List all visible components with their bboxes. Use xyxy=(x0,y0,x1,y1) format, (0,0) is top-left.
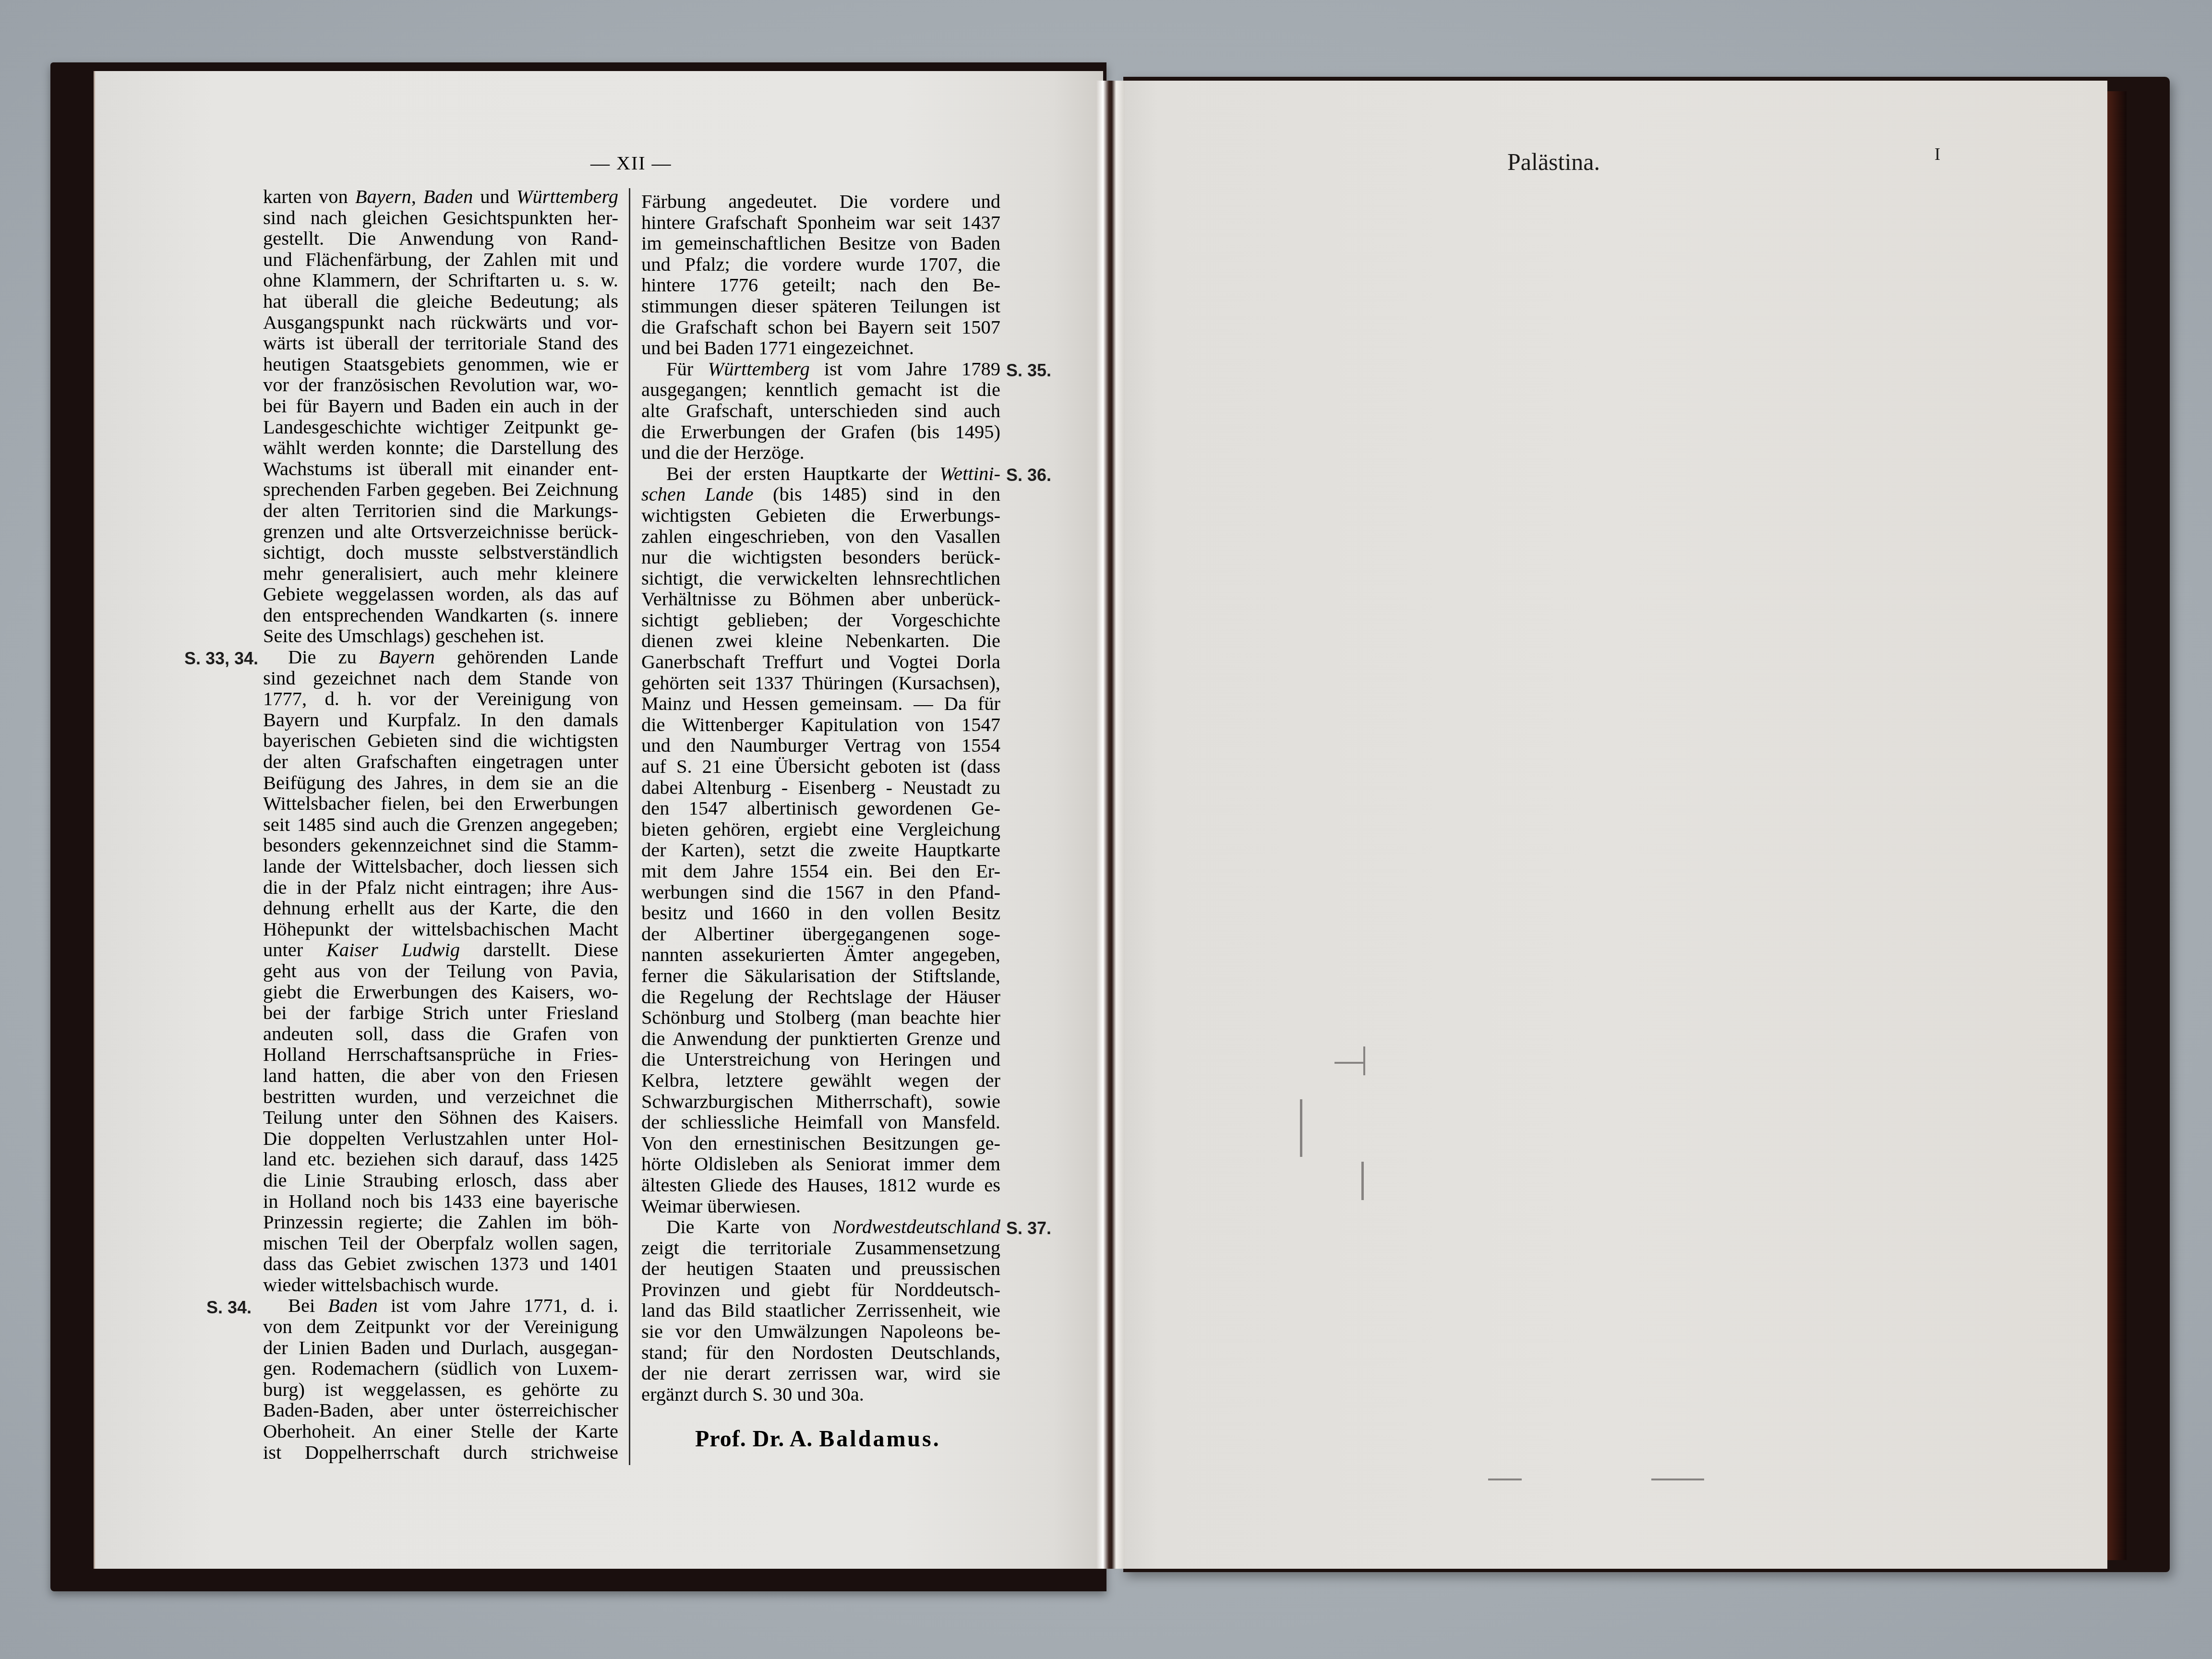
text-run: land hatten, die aber von den Friesen xyxy=(263,1065,618,1086)
text-line: 1777, d. h. vor der Vereinigung von xyxy=(263,688,618,709)
text-line: Holland Herrschaftsansprüche in Fries- xyxy=(263,1044,618,1065)
text-line: der schliessliche Heimfall von Mansfeld. xyxy=(641,1112,1000,1133)
text-line: hintere Grafschaft Sponheim war seit 143… xyxy=(641,212,1000,233)
text-run: bestritten wurden, und verzeichnet die xyxy=(263,1086,618,1107)
text-run: die in der Pfalz nicht eintragen; ihre A… xyxy=(263,877,618,898)
margin-reference: S. 34. xyxy=(206,1298,252,1318)
text-line: Verhältnisse zu Böhmen aber unberück- xyxy=(641,589,1000,610)
text-run: der heutigen Staaten und preussischen xyxy=(641,1258,1000,1279)
show-through-mark xyxy=(1300,1099,1302,1157)
text-run: den 1547 albertinisch gewordenen Ge- xyxy=(641,797,1000,819)
text-line: Die doppelten Verlustzahlen unter Hol- xyxy=(263,1128,618,1149)
margin-reference: S. 35. xyxy=(1006,361,1051,381)
text-line: sind gezeichnet nach dem Stande von xyxy=(263,668,618,689)
text-line: Prinzessin regierte; die Zahlen im böh- xyxy=(263,1212,618,1233)
text-run: die Anwendung der punktierten Grenze und xyxy=(641,1028,1000,1049)
text-line: Gebiete weggelassen worden, als das auf xyxy=(263,584,618,605)
text-line: gehörten seit 1337 Thüringen (Kursachsen… xyxy=(641,673,1000,694)
text-run: ausgegangen; kenntlich gemacht ist die xyxy=(641,379,1000,400)
text-line: Schönburg und Stolberg (man beachte hier xyxy=(641,1007,1000,1028)
text-line: mit dem Jahre 1554 ein. Bei den Er- xyxy=(641,861,1000,882)
text-line: gen. Rodemachern (südlich von Luxem- xyxy=(263,1358,618,1379)
text-run: nur die wichtigsten besonders berück- xyxy=(641,546,1000,568)
text-line: die Wittenberger Kapitulation von 1547 xyxy=(641,714,1000,735)
text-line: bieten gehören, ergiebt eine Vergleichun… xyxy=(641,819,1000,840)
text-line: bestritten wurden, und verzeichnet die xyxy=(263,1086,618,1107)
italic-term: Württemberg xyxy=(517,186,618,207)
text-run: seit 1485 sind auch die Grenzen angegebe… xyxy=(263,814,618,835)
text-line: der Albertiner übergegangenen soge- xyxy=(641,924,1000,945)
text-run: wählt werden konnte; die Darstellung des xyxy=(263,437,618,458)
text-run: hat überall die gleiche Bedeutung; als xyxy=(263,290,618,312)
text-run: sprechenden Farben gegeben. Bei Zeichnun… xyxy=(263,479,618,500)
text-run: Die Karte von xyxy=(666,1216,833,1238)
text-run: burg) ist weggelassen, es gehörte zu xyxy=(263,1379,618,1400)
text-run: hintere Grafschaft Sponheim war seit 143… xyxy=(641,212,1000,233)
text-run: Die zu xyxy=(288,646,379,668)
text-run: Schönburg und Stolberg (man beachte hier xyxy=(641,1007,1000,1028)
text-line: Oberhoheit. An einer Stelle der Karte xyxy=(263,1421,618,1442)
margin-reference: S. 37. xyxy=(1006,1218,1051,1238)
text-line: im gemeinschaftlichen Besitze von Baden xyxy=(641,233,1000,254)
text-line: die Anwendung der punktierten Grenze und xyxy=(641,1028,1000,1049)
text-run: ist vom Jahre 1771, d. i. xyxy=(378,1295,618,1316)
text-run: im gemeinschaftlichen Besitze von Baden xyxy=(641,232,1000,254)
italic-term: schen Lande xyxy=(641,483,754,505)
text-run: alte Grafschaft, unterschieden sind auch xyxy=(641,400,1000,421)
text-run: Wachstums ist überall mit einander ent- xyxy=(263,458,618,480)
text-line: Schwarzburgischen Mitherrschaft), sowie xyxy=(641,1091,1000,1112)
text-run: in Holland noch bis 1433 eine bayerische xyxy=(263,1190,618,1212)
text-run: der Albertiner übergegangenen soge- xyxy=(641,923,1000,945)
text-run: bieten gehören, ergiebt eine Vergleichun… xyxy=(641,818,1000,840)
signature-prefix: Prof. Dr. A. xyxy=(695,1426,819,1452)
italic-term: Württemberg xyxy=(708,358,809,380)
text-line: dehnung erhellt aus der Karte, die den xyxy=(263,898,618,919)
text-run: bei für Bayern und Baden ein auch in der xyxy=(263,395,618,417)
text-line: die Erwerbungen der Grafen (bis 1495) xyxy=(641,421,1000,443)
text-run: andeuten soll, dass die Grafen von xyxy=(263,1023,618,1045)
text-line: ohne Klammern, der Schriftarten u. s. w. xyxy=(263,270,618,291)
text-line: unter Kaiser Ludwig darstellt. Diese xyxy=(263,939,618,961)
text-line: Wachstums ist überall mit einander ent- xyxy=(263,458,618,480)
text-run: Schwarzburgischen Mitherrschaft), sowie xyxy=(641,1091,1000,1112)
text-run: Höhepunkt der wittelsbachischen Macht xyxy=(263,918,618,940)
text-line: und Flächenfärbung, der Zahlen mit und xyxy=(263,249,618,270)
text-line: giebt die Erwerbungen des Kaisers, wo- xyxy=(263,982,618,1003)
text-run: lande der Wittelsbacher, doch liessen si… xyxy=(263,855,618,877)
text-run: mit dem Jahre 1554 ein. Bei den Er- xyxy=(641,860,1000,882)
text-line: die in der Pfalz nicht eintragen; ihre A… xyxy=(263,877,618,898)
text-run: und den Naumburger Vertrag von 1554 xyxy=(641,734,1000,756)
text-run: sichtigt, doch musste selbstverständlich xyxy=(263,541,618,563)
text-line: in Holland noch bis 1433 eine bayerische xyxy=(263,1191,618,1212)
text-run: vor der französischen Revolution war, wo… xyxy=(263,374,618,396)
text-run: die Unterstreichung von Heringen und xyxy=(641,1048,1000,1070)
text-run: grenzen und alte Ortsverzeichnisse berüc… xyxy=(263,521,618,542)
text-column-right: Färbung angedeutet. Die vordere undhinte… xyxy=(641,191,1000,1405)
text-run: ist Doppelherrschaft durch strichweise xyxy=(263,1442,618,1463)
right-page xyxy=(1118,81,2107,1569)
text-run: Weimar überwiesen. xyxy=(641,1195,801,1217)
text-run: , xyxy=(411,186,423,207)
text-line: und den Naumburger Vertrag von 1554 xyxy=(641,735,1000,756)
text-run: der schliessliche Heimfall von Mansfeld. xyxy=(641,1111,1000,1133)
text-run: Wittelsbacher fielen, bei den Erwerbunge… xyxy=(263,793,618,814)
text-run: der Karten), setzt die zweite Hauptkarte xyxy=(641,839,1000,861)
text-line: Landesgeschichte wichtiger Zeitpunkt ge- xyxy=(263,417,618,438)
text-run: Holland Herrschaftsansprüche in Fries- xyxy=(263,1044,618,1065)
text-line: Teilung unter den Söhnen des Kaisers. xyxy=(263,1107,618,1128)
text-line: sprechenden Farben gegeben. Bei Zeichnun… xyxy=(263,479,618,500)
book-gutter xyxy=(1096,81,1125,1569)
text-line: Bayern und Kurpfalz. In den damals xyxy=(263,709,618,731)
text-line: Mainz und Hessen gemeinsam. — Da für xyxy=(641,693,1000,714)
text-run: Von den ernestinischen Besitzungen ge- xyxy=(641,1132,1000,1154)
text-line: stand; für den Nordosten Deutschlands, xyxy=(641,1342,1000,1363)
text-line: bei der farbige Strich unter Friesland xyxy=(263,1002,618,1023)
text-run: bei der farbige Strich unter Friesland xyxy=(263,1002,618,1023)
text-run: der Linien Baden und Durlach, ausgegan- xyxy=(263,1337,618,1358)
text-line: ältesten Gliede des Hauses, 1812 wurde e… xyxy=(641,1175,1000,1196)
text-line: werbungen sind die 1567 in den Pfand- xyxy=(641,882,1000,903)
text-run: Die doppelten Verlustzahlen unter Hol- xyxy=(263,1128,618,1149)
text-run: Baden-Baden, aber unter österreichischer xyxy=(263,1399,618,1421)
author-signature: Prof. Dr. A. Baldamus. xyxy=(695,1426,941,1452)
text-line: Die Karte von Nordwestdeutschland xyxy=(641,1216,1000,1238)
text-line: hörte Oldisleben als Seniorat immer dem xyxy=(641,1154,1000,1175)
text-run: land etc. beziehen sich darauf, dass 142… xyxy=(263,1148,618,1170)
text-line: geht aus von der Teilung von Pavia, xyxy=(263,961,618,982)
text-run: zahlen eingeschrieben, von den Vasallen xyxy=(641,526,1000,547)
text-line: auf S. 21 eine Übersicht geboten ist (da… xyxy=(641,756,1000,777)
text-line: wichtigsten Gebieten die Erwerbungs- xyxy=(641,505,1000,526)
text-line: der alten Grafschaften eingetragen unter xyxy=(263,751,618,772)
text-line: Bei Baden ist vom Jahre 1771, d. i. xyxy=(263,1295,618,1316)
text-line: ergänzt durch S. 30 und 30a. xyxy=(641,1384,1000,1405)
text-line: sichtigt, die verwickelten lehnsrechtlic… xyxy=(641,568,1000,589)
show-through-mark xyxy=(1488,1479,1522,1480)
text-line: den 1547 albertinisch gewordenen Ge- xyxy=(641,798,1000,819)
text-line: Die zu Bayern gehörenden Lande xyxy=(263,647,618,668)
text-line: und die der Herzöge. xyxy=(641,442,1000,463)
text-run: karten von xyxy=(263,186,355,207)
text-run: 1777, d. h. vor der Vereinigung von xyxy=(263,688,618,709)
text-line: sind nach gleichen Gesichtspunkten her- xyxy=(263,207,618,228)
text-line: besonders gekennzeichnet sind die Stamm- xyxy=(263,835,618,856)
text-column-left: karten von Bayern, Baden und Württemberg… xyxy=(263,186,618,1463)
text-line: nur die wichtigsten besonders berück- xyxy=(641,547,1000,568)
text-run: von dem Zeitpunkt vor der Vereinigung xyxy=(263,1316,618,1337)
text-run: Bayern und Kurpfalz. In den damals xyxy=(263,709,618,731)
text-run: stimmungen dieser späteren Teilungen ist xyxy=(641,295,1000,317)
margin-reference: S. 36. xyxy=(1006,465,1051,485)
text-line: mehr generalisiert, auch mehr kleinere xyxy=(263,563,618,584)
text-run: dabei Altenburg - Eisenberg - Neustadt z… xyxy=(641,777,1000,798)
text-run: ergänzt durch S. 30 und 30a. xyxy=(641,1383,864,1405)
text-line: Höhepunkt der wittelsbachischen Macht xyxy=(263,919,618,940)
text-line: dabei Altenburg - Eisenberg - Neustadt z… xyxy=(641,777,1000,798)
italic-term: Nordwestdeutschland xyxy=(833,1216,1001,1238)
text-run: und die der Herzöge. xyxy=(641,442,805,463)
text-run: Bei xyxy=(288,1295,328,1316)
text-line: wärts ist überall der territoriale Stand… xyxy=(263,333,618,354)
text-run: der nie derart zerrissen war, wird sie xyxy=(641,1362,1000,1384)
show-through-mark xyxy=(1363,1046,1365,1075)
text-line: vor der französischen Revolution war, wo… xyxy=(263,374,618,396)
text-line: heutigen Staatsgebiets genommen, wie er xyxy=(263,354,618,375)
text-line: und bei Baden 1771 eingezeichnet. xyxy=(641,337,1000,359)
show-through-mark xyxy=(1361,1162,1364,1200)
text-run: die Regelung der Rechtslage der Häuser xyxy=(641,986,1000,1008)
page-number-header: — XII — xyxy=(590,152,672,174)
italic-term: Baden xyxy=(328,1295,377,1316)
text-run: Färbung angedeutet. Die vordere und xyxy=(641,191,1000,212)
text-run: und bei Baden 1771 eingezeichnet. xyxy=(641,337,914,359)
text-run: Beifügung des Jahres, in dem sie an die xyxy=(263,772,618,793)
text-line: Färbung angedeutet. Die vordere und xyxy=(641,191,1000,212)
text-run: wieder wittelsbachisch wurde. xyxy=(263,1274,499,1296)
text-line: ausgegangen; kenntlich gemacht ist die xyxy=(641,379,1000,400)
text-run: mischen Teil der Oberpfalz wollen sagen, xyxy=(263,1232,618,1254)
italic-term: Bayern xyxy=(355,186,411,207)
text-line: Von den ernestinischen Besitzungen ge- xyxy=(641,1133,1000,1154)
text-line: Ganerbschaft Treffurt und Vogtei Dorla xyxy=(641,651,1000,673)
text-line: grenzen und alte Ortsverzeichnisse berüc… xyxy=(263,521,618,542)
text-line: der Linien Baden und Durlach, ausgegan- xyxy=(263,1337,618,1358)
text-line: stimmungen dieser späteren Teilungen ist xyxy=(641,296,1000,317)
text-line: sie vor den Umwälzungen Napoleons be- xyxy=(641,1321,1000,1342)
text-line: dienen zwei kleine Nebenkarten. Die xyxy=(641,630,1000,651)
italic-term: Wettini- xyxy=(939,463,1000,484)
text-run: Für xyxy=(666,358,708,380)
text-run: zeigt die territoriale Zusammensetzung xyxy=(641,1237,1000,1259)
text-line: land hatten, die aber von den Friesen xyxy=(263,1065,618,1086)
italic-term: Bayern xyxy=(379,646,435,668)
text-run: gehörenden Lande xyxy=(435,646,618,668)
text-run: und Pfalz; die vordere wurde 1707, die xyxy=(641,253,1000,275)
text-run: hintere 1776 geteilt; nach den Be- xyxy=(641,274,1000,296)
margin-reference: S. 33, 34. xyxy=(184,649,258,669)
text-run: sie vor den Umwälzungen Napoleons be- xyxy=(641,1321,1000,1342)
text-line: mischen Teil der Oberpfalz wollen sagen, xyxy=(263,1233,618,1254)
signature-name: Baldamus. xyxy=(819,1426,940,1452)
text-line: land das Bild staatlicher Zerrissenheit,… xyxy=(641,1300,1000,1321)
text-line: der nie derart zerrissen war, wird sie xyxy=(641,1363,1000,1384)
text-run: gestellt. Die Anwendung von Rand- xyxy=(263,228,618,249)
text-run: Mainz und Hessen gemeinsam. — Da für xyxy=(641,693,1000,714)
text-run: Gebiete weggelassen worden, als das auf xyxy=(263,583,618,605)
text-run: und xyxy=(473,186,517,207)
text-run: die Grafschaft schon bei Bayern seit 150… xyxy=(641,316,1000,338)
text-run: und Flächenfärbung, der Zahlen mit und xyxy=(263,249,618,270)
text-run: ältesten Gliede des Hauses, 1812 wurde e… xyxy=(641,1174,1000,1196)
text-line: der alten Territorien sind die Markungs- xyxy=(263,500,618,521)
text-line: hintere 1776 geteilt; nach den Be- xyxy=(641,275,1000,296)
text-run: sichtigt geblieben; der Vorgeschichte xyxy=(641,609,1000,631)
text-run: Ausgangspunkt nach rückwärts und vor- xyxy=(263,312,618,333)
text-run: Teilung unter den Söhnen des Kaisers. xyxy=(263,1106,618,1128)
text-line: Ausgangspunkt nach rückwärts und vor- xyxy=(263,312,618,333)
text-run: darstellt. Diese xyxy=(460,939,618,961)
text-run: auf S. 21 eine Übersicht geboten ist (da… xyxy=(641,756,1000,777)
text-line: burg) ist weggelassen, es gehörte zu xyxy=(263,1379,618,1400)
text-line: wählt werden konnte; die Darstellung des xyxy=(263,437,618,458)
column-divider-rule xyxy=(629,188,630,1465)
show-through-mark xyxy=(1651,1479,1704,1480)
text-line: andeuten soll, dass die Grafen von xyxy=(263,1023,618,1045)
map-page-title: Palästina. xyxy=(1507,148,1600,176)
text-line: Wittelsbacher fielen, bei den Erwerbunge… xyxy=(263,793,618,814)
text-line: Weimar überwiesen. xyxy=(641,1196,1000,1217)
text-line: seit 1485 sind auch die Grenzen angegebe… xyxy=(263,814,618,835)
text-run: gen. Rodemachern (südlich von Luxem- xyxy=(263,1358,618,1379)
text-line: die Regelung der Rechtslage der Häuser xyxy=(641,986,1000,1008)
text-run: wärts ist überall der territoriale Stand… xyxy=(263,332,618,354)
text-run: die Erwerbungen der Grafen (bis 1495) xyxy=(641,421,1000,443)
text-run: dehnung erhellt aus der Karte, die den xyxy=(263,897,618,919)
map-page-number: I xyxy=(1935,144,1940,164)
text-run: ist vom Jahre 1789 xyxy=(810,358,1000,380)
text-line: Provinzen und giebt für Norddeutsch- xyxy=(641,1279,1000,1300)
text-run: Verhältnisse zu Böhmen aber unberück- xyxy=(641,588,1000,610)
text-run: geht aus von der Teilung von Pavia, xyxy=(263,960,618,982)
text-run: die Wittenberger Kapitulation von 1547 xyxy=(641,714,1000,735)
text-line: sichtigt, doch musste selbstverständlich xyxy=(263,542,618,563)
text-line: Beifügung des Jahres, in dem sie an die xyxy=(263,772,618,793)
text-run: Seite des Umschlags) geschehen ist. xyxy=(263,625,544,647)
text-line: lande der Wittelsbacher, doch liessen si… xyxy=(263,856,618,877)
text-run: (bis 1485) sind in den xyxy=(754,483,1000,505)
text-run: dienen zwei kleine Nebenkarten. Die xyxy=(641,630,1000,651)
text-line: und Pfalz; die vordere wurde 1707, die xyxy=(641,254,1000,275)
text-line: bayerischen Gebieten sind die wichtigste… xyxy=(263,730,618,751)
text-line: dass das Gebiet zwischen 1373 und 1401 xyxy=(263,1253,618,1274)
text-run: der alten Grafschaften eingetragen unter xyxy=(263,751,618,772)
text-line: wieder wittelsbachisch wurde. xyxy=(263,1274,618,1296)
text-line: von dem Zeitpunkt vor der Vereinigung xyxy=(263,1316,618,1337)
text-line: besitz und 1660 in den vollen Besitz xyxy=(641,902,1000,924)
text-line: Seite des Umschlags) geschehen ist. xyxy=(263,625,618,647)
text-run: Bei der ersten Hauptkarte der xyxy=(666,463,939,484)
text-line: gestellt. Die Anwendung von Rand- xyxy=(263,228,618,249)
text-run: Kelbra, letztere gewählt wegen der xyxy=(641,1070,1000,1091)
text-run: stand; für den Nordosten Deutschlands, xyxy=(641,1342,1000,1363)
text-run: wichtigsten Gebieten die Erwerbungs- xyxy=(641,505,1000,526)
text-run: dass das Gebiet zwischen 1373 und 1401 xyxy=(263,1253,618,1274)
text-run: Ganerbschaft Treffurt und Vogtei Dorla xyxy=(641,651,1000,673)
text-line: der heutigen Staaten und preussischen xyxy=(641,1258,1000,1279)
italic-term: Kaiser Ludwig xyxy=(326,939,460,961)
text-line: Baden-Baden, aber unter österreichischer xyxy=(263,1400,618,1421)
text-run: hörte Oldisleben als Seniorat immer dem xyxy=(641,1153,1000,1175)
text-run: bayerischen Gebieten sind die wichtigste… xyxy=(263,730,618,751)
text-run: gehörten seit 1337 Thüringen (Kursachsen… xyxy=(641,672,1000,694)
text-line: zeigt die territoriale Zusammensetzung xyxy=(641,1238,1000,1259)
text-run: unter xyxy=(263,939,326,961)
text-run: Prinzessin regierte; die Zahlen im böh- xyxy=(263,1211,618,1233)
text-run: der alten Territorien sind die Markungs- xyxy=(263,500,618,521)
text-line: bei für Bayern und Baden ein auch in der xyxy=(263,396,618,417)
text-run: Provinzen und giebt für Norddeutsch- xyxy=(641,1279,1000,1300)
text-run: land das Bild staatlicher Zerrissenheit,… xyxy=(641,1299,1000,1321)
text-run: werbungen sind die 1567 in den Pfand- xyxy=(641,881,1000,903)
text-line: der Karten), setzt die zweite Hauptkarte xyxy=(641,840,1000,861)
show-through-mark xyxy=(1334,1062,1363,1064)
text-line: die Grafschaft schon bei Bayern seit 150… xyxy=(641,317,1000,338)
book-page-edge-right xyxy=(2107,91,2127,1560)
text-line: ferner die Säkularisation der Stiftsland… xyxy=(641,965,1000,986)
text-run: sind nach gleichen Gesichtspunkten her- xyxy=(263,207,618,228)
text-line: Für Württemberg ist vom Jahre 1789 xyxy=(641,359,1000,380)
text-line: alte Grafschaft, unterschieden sind auch xyxy=(641,400,1000,421)
text-run: giebt die Erwerbungen des Kaisers, wo- xyxy=(263,981,618,1003)
text-run: besonders gekennzeichnet sind die Stamm- xyxy=(263,834,618,856)
text-run: den entsprechenden Wandkarten (s. innere xyxy=(263,604,618,626)
text-run: besitz und 1660 in den vollen Besitz xyxy=(641,902,1000,924)
text-line: nannten assekurierten Ämter angegeben, xyxy=(641,944,1000,965)
text-line: die Unterstreichung von Heringen und xyxy=(641,1049,1000,1070)
text-run: Oberhoheit. An einer Stelle der Karte xyxy=(263,1420,618,1442)
text-line: Kelbra, letztere gewählt wegen der xyxy=(641,1070,1000,1091)
text-line: land etc. beziehen sich darauf, dass 142… xyxy=(263,1149,618,1170)
text-line: zahlen eingeschrieben, von den Vasallen xyxy=(641,526,1000,547)
text-line: ist Doppelherrschaft durch strichweise xyxy=(263,1442,618,1463)
text-line: Bei der ersten Hauptkarte der Wettini- xyxy=(641,463,1000,484)
text-run: nannten assekurierten Ämter angegeben, xyxy=(641,944,1000,965)
text-run: ferner die Säkularisation der Stiftsland… xyxy=(641,965,1000,986)
text-run: heutigen Staatsgebiets genommen, wie er xyxy=(263,353,618,375)
text-run: sind gezeichnet nach dem Stande von xyxy=(263,667,618,689)
text-run: ohne Klammern, der Schriftarten u. s. w. xyxy=(263,269,618,291)
text-line: den entsprechenden Wandkarten (s. innere xyxy=(263,605,618,626)
text-run: die Linie Straubing erlosch, dass aber xyxy=(263,1169,618,1191)
text-run: sichtigt, die verwickelten lehnsrechtlic… xyxy=(641,567,1000,589)
text-run: Landesgeschichte wichtiger Zeitpunkt ge- xyxy=(263,416,618,438)
italic-term: Baden xyxy=(423,186,473,207)
text-line: sichtigt geblieben; der Vorgeschichte xyxy=(641,610,1000,631)
text-line: karten von Bayern, Baden und Württemberg xyxy=(263,186,618,207)
text-line: die Linie Straubing erlosch, dass aber xyxy=(263,1170,618,1191)
text-line: hat überall die gleiche Bedeutung; als xyxy=(263,291,618,312)
text-line: schen Lande (bis 1485) sind in den xyxy=(641,484,1000,505)
text-run: mehr generalisiert, auch mehr kleinere xyxy=(263,563,618,584)
